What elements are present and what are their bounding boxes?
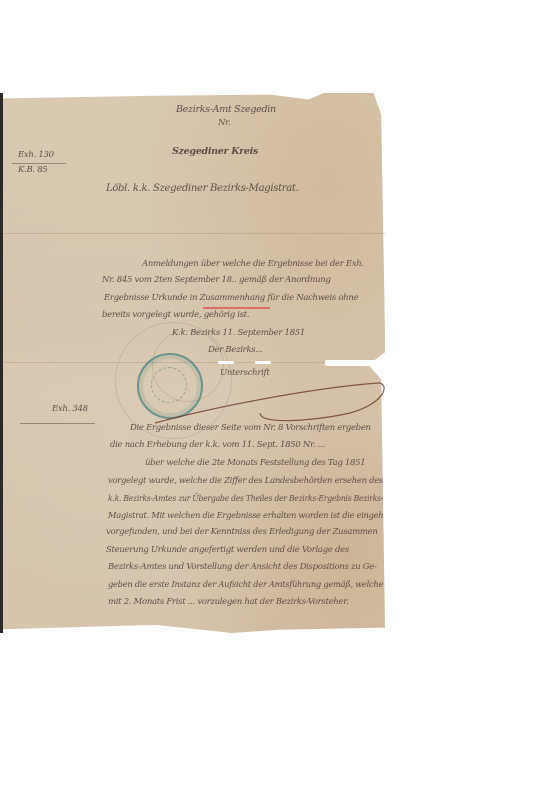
addressee-line: Löbl. k.k. Szegediner Bezirks-Magistrat. [106, 183, 299, 194]
margin-note-top-2: K.B. 85 [18, 165, 47, 175]
paragraph-2-line-7: vorgefunden, und bei der Kenntniss des E… [106, 527, 378, 537]
paragraph-1-line-4: bereits vorgelegt wurde, gehörig ist. [102, 310, 249, 320]
paragraph-2-line-4: vorgelegt wurde, welche die Ziffer des L… [108, 476, 383, 486]
margin-note-top-1: Exh. 130 [18, 150, 54, 160]
scanner-edge [0, 93, 3, 633]
fold-tear [255, 361, 271, 364]
paragraph-1-line-2: Nr. 845 vom 2ten September 18.. gemäß de… [102, 275, 331, 285]
header-line-2: Nr. [218, 118, 230, 128]
signature-flourish [150, 368, 390, 428]
paragraph-2-line-3: über welche die 2te Monats Feststellung … [145, 458, 365, 468]
red-underline-mark [203, 307, 270, 309]
paragraph-1-line-3: Ergebnisse Urkunde in Zusammenhang für d… [104, 293, 358, 303]
office-line: Der Bezirks... [208, 345, 263, 355]
fold-tear [325, 360, 385, 366]
paragraph-2-line-6: Magistrat. Mit welchen die Ergebnisse er… [108, 511, 383, 521]
paragraph-2-line-9: Bezirks-Amtes und Vorstellung der Ansich… [108, 562, 377, 572]
paragraph-1-line-1: Anmeldungen über welche die Ergebnisse b… [142, 259, 364, 269]
paragraph-2-line-11: mit 2. Monats Frist ... vorzulegen hat d… [108, 597, 348, 607]
fold-tear [218, 361, 234, 364]
margin-note-bottom: Exh. 348 [52, 404, 88, 414]
fold-line [3, 233, 385, 234]
date-line: K.k. Bezirks 11. September 1851 [172, 328, 305, 338]
header-line-1: Bezirks-Amt Szegedin [176, 104, 276, 115]
paragraph-2-line-8: Steuerung Urkunde angefertigt werden und… [106, 545, 349, 555]
margin-note-rule [12, 163, 66, 164]
paragraph-2-line-5: k.k. Bezirks-Amtes zur Übergabe des Thei… [108, 494, 383, 504]
margin-note-bottom-rule [20, 423, 95, 424]
paragraph-2-line-1: Die Ergebnisse dieser Seite vom Nr. 8 Vo… [130, 423, 371, 433]
header-line-3: Szegediner Kreis [172, 146, 258, 157]
paragraph-2-line-2: die nach Erhebung der k.k. vom 11. Sept.… [110, 440, 325, 450]
paragraph-2-line-10: geben die erste Instanz der Aufsicht der… [108, 580, 383, 590]
